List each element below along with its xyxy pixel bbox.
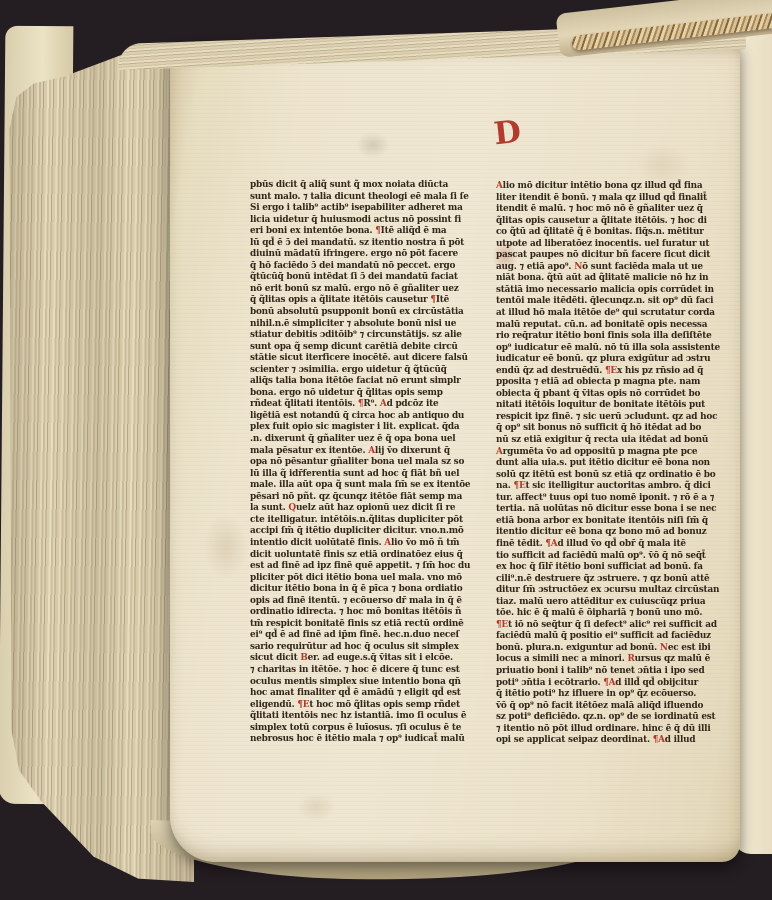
stain: [296, 792, 336, 822]
text-line: ditur ſm̄ ɔstructōez ex ɔcursu multaz ci…: [496, 585, 738, 597]
stain: [204, 514, 248, 580]
rubric-mark: B: [300, 653, 307, 663]
rubric-mark: ¶E: [297, 700, 309, 710]
text-line: nebrosus hoc ē itētio mala ⁊ op⁹ iudicat…: [250, 734, 492, 746]
text-line: dicitur itētio bona in q̄ ē pīca ⁊ bona …: [250, 584, 492, 596]
stain: [356, 132, 390, 158]
text-line: dicit uoluntatē finis sz etiā ordinatōez…: [250, 550, 492, 562]
text-line: male. illa aūt opa q̃ sunt mala ſm̄ se e…: [250, 480, 492, 492]
text-line: sario requirūtur ad hoc q̄ oculus sit si…: [250, 642, 492, 654]
text-line: q̄ hō faciēdo ɔ̄ dei mandatū nō peccet. …: [250, 261, 492, 273]
rubric-mark: ¶: [375, 226, 380, 236]
rubric-mark: ¶A: [653, 735, 665, 745]
text-line: Si ergo i talib⁹ actib⁹ isepabiliter adh…: [250, 203, 492, 215]
text-line: opis ad finē itentū. ⁊ ecōuerso dr̄ mala…: [250, 596, 492, 608]
rubric-mark: ¶A: [545, 539, 557, 549]
rubric-mark: ¶: [430, 295, 435, 305]
text-line: ordinatio idirecta. ⁊ hoc mō bonitas itē…: [250, 607, 492, 619]
text-line: bonū. plura.n. exiguntur ad bonū. Nec es…: [496, 643, 738, 655]
text-line: sicut dicit Ber. ad euge.s.q̄ v̄itas sit…: [250, 653, 492, 665]
text-line: diuinū mādatū ifringere. ergo nō pōt fac…: [250, 249, 492, 261]
rubric-mark: A: [496, 181, 503, 191]
text-line: tio sufficit ad faciēdū malū op⁹. v̄ō q̄…: [496, 551, 738, 563]
text-line: licia uidetur q̄ huiusmodi actus nō poss…: [250, 215, 492, 227]
text-line: obiecta q̃ pbant q̄ v̄itas opis nō corrū…: [496, 389, 738, 401]
photograph-background: D pbūs dicit q̄ aliq̃ sunt q̃ mox noiata…: [0, 0, 772, 900]
text-line: malū reputat. cū.n. ad bonitatē opis nec…: [496, 320, 738, 332]
text-line: solū qz itētū est bonū sz etiā qz ordina…: [496, 470, 738, 482]
text-line: sunt opa q̃ semp dicunt carētiā debite c…: [250, 342, 492, 354]
text-line: q̃litati itentōis nec hz istantiā. imo ſ…: [250, 711, 492, 723]
text-line: ex hoc q̄ ſīlr̄ itētio boni sufficiat ad…: [496, 562, 738, 574]
text-line: simplex totū corpus ē luīosus. ⁊ſi oculu…: [250, 723, 492, 735]
text-line: pēsari nō pñt. qz q̄cunqz itētōe fiāt se…: [250, 492, 492, 504]
text-line: v̄ō q̄ op⁹ nō facit itētōez malā aliq̄d …: [496, 701, 738, 713]
text-line: faciēdū malū q̄ positio ei⁹ sufficit ad …: [496, 631, 738, 643]
text-line: tiaz. malū uero attēditur ex cuiuscūqz p…: [496, 597, 738, 609]
text-line: utpote ad liberatōez inocentis. uel fura…: [496, 239, 738, 251]
text-line: sunt malo. ⁊ talia dicunt theologi eē ma…: [250, 192, 492, 204]
text-line: na. ¶Et sic itelligitur auctoritas ambro…: [496, 481, 738, 493]
text-line: ligētiā est notandū q̄ circa hoc ab anti…: [250, 411, 492, 423]
text-line: rñdeat q̃litati itentōis. ¶R⁹. Ad pdcōz …: [250, 399, 492, 411]
text-line: eri boni ex intentōe bona. ¶Itē aliq̄d ē…: [250, 226, 492, 238]
text-line: rio req̄ratur itētio boni finis sola ill…: [496, 331, 738, 343]
text-line: lū qd̄ ē ɔ̄ dei mandatū. sz itentio nost…: [250, 238, 492, 250]
text-line: .n. dixerunt q̄ gñaliter uez ē q̄ opa bo…: [250, 434, 492, 446]
text-column-left: pbūs dicit q̄ aliq̃ sunt q̃ mox noiata d…: [250, 180, 492, 746]
text-line: itentio dicitur eē bona qz bono mō ad bo…: [496, 527, 738, 539]
text-line: scienter ⁊ ɔsimilia. ergo uidetur q̄ q̃t…: [250, 365, 492, 377]
rubric-margin-letter: D: [492, 117, 522, 151]
text-line: cili⁹.n.ē destruere q̄z ɔstruere. ⁊ qz b…: [496, 574, 738, 586]
text-line: priuatio boni i talib⁹ nō tenet ɔn̄tia i…: [496, 666, 738, 678]
text-line: at illud hō mala itētōe de⁹ qui scrutatu…: [496, 308, 738, 320]
open-page: D pbūs dicit q̄ aliq̃ sunt q̃ mox noiata…: [170, 44, 740, 862]
text-line: Argumēta v̄o ad oppositū p magna pte pce: [496, 447, 738, 459]
rubric-mark: N: [660, 643, 668, 653]
text-line: nō erit bonū sz malū. ergo nō ē gñaliter…: [250, 284, 492, 296]
rubric-mark: A: [496, 447, 503, 457]
rubric-mark: A: [368, 446, 375, 456]
text-line: dunt alia uia.s. put itētio dicitur eē b…: [496, 458, 738, 470]
text-column-right: Alio mō dicitur intētio bona qz illud qd…: [496, 181, 738, 747]
rubric-mark: Q: [288, 503, 296, 513]
text-line: op⁹ iudicatur eē malū. nō tū illa sola a…: [496, 343, 738, 355]
text-line: nihil.n.ē simpliciter ⁊ absolute bonū ni…: [250, 319, 492, 331]
rubric-mark: ¶E: [496, 620, 508, 630]
text-line: stātiā imo necessario malicia opis corrū…: [496, 285, 738, 297]
text-line: q̃litas opis causetur a q̃litate itētōis…: [496, 216, 738, 228]
rubric-mark: ¶A: [603, 678, 615, 688]
rubric-mark: ¶E: [605, 366, 617, 376]
text-line: q̄ q̃litas opis a q̃litate itētōis cause…: [250, 295, 492, 307]
rubric-mark: A: [384, 538, 391, 548]
stain: [636, 144, 690, 186]
text-line: lū illa q̃ idr̄ferentia sunt ad hoc q̄ f…: [250, 469, 492, 481]
text-line: mala pēsatur ex itentōe. Alij v̄o dixeru…: [250, 446, 492, 458]
text-line: tm̄ respicit bonitatē finis sz etiā rect…: [250, 619, 492, 631]
text-line: iudicatur eē bonū. qz plura exigūtur ad …: [496, 354, 738, 366]
text-line: niāt bona. q̃tū aūt ad q̃litatē malicie …: [496, 273, 738, 285]
text-line: nū sz etiā exigitur q̄ recta uia itēdat …: [496, 435, 738, 447]
text-line: tur. affect⁹ tuus opi tuo nomē iponit. ⁊…: [496, 493, 738, 505]
text-line: tentōi male itēdēti. q̄lecunqz.n. sit op…: [496, 296, 738, 308]
rubric-mark: ¶E: [514, 481, 526, 491]
text-line: opi se applicat seipaz deordinat. ¶Ad il…: [496, 735, 738, 747]
text-line: ei⁹ qd̄ ē ad finē ad ip̄m finē. hec.n.du…: [250, 630, 492, 642]
text-line: hoc amat finaliter qd̄ ē amādū ⁊ eligit …: [250, 688, 492, 700]
text-line: q̄ op⁹ sit bonus nō sufficit q̄ hō itēda…: [496, 423, 738, 435]
text-line: pascat paupes nō dicitur bñ facere ſicut…: [496, 250, 738, 262]
text-line: locus a simili nec a minori. Rursus qz m…: [496, 654, 738, 666]
text-line: q̃tūcūq̄ bonū intēdat ſi ɔ̄ dei mandatū …: [250, 272, 492, 284]
text-line: finē tēdit. ¶Ad illud v̄o qd̄ obr̄ q̄ ma…: [496, 539, 738, 551]
text-line: pposita ⁊ etiā ad obiecta p magna pte. n…: [496, 377, 738, 389]
text-line: tōe. hic ē q̄ malū ē ōiphariā ⁊ bonū uno…: [496, 608, 738, 620]
text-line: ⁊ charitas in itētōe. ⁊ hoc ē dicere q̄ …: [250, 665, 492, 677]
text-line: aliq̄s talia bona itētōe faciat nō erunt…: [250, 376, 492, 388]
text-line: sz poti⁹ deficiēdo. qz.n. op⁹ de se iord…: [496, 712, 738, 724]
text-line: respicit ipz finē. ⁊ sic uerū ɔcludunt. …: [496, 412, 738, 424]
text-line: intentio dicit uolūtatē finis. Alio v̄o …: [250, 538, 492, 550]
text-line: pbūs dicit q̄ aliq̃ sunt q̃ mox noiata d…: [250, 180, 492, 192]
text-line: q̄ itētio poti⁹ hz ifluere in op⁹ q̄z ec…: [496, 689, 738, 701]
rubric-mark: R: [627, 654, 634, 664]
text-line: co q̃tū ad q̃litatē q̃ ē bonitas. ſiq̄s.…: [496, 227, 738, 239]
text-line: accipi ſm̄ q̄ itētio dupliciter dicitur.…: [250, 526, 492, 538]
text-line: ⁊ itentio nō pōt illud ordinare. hinc ē …: [496, 724, 738, 736]
rubric-mark: ¶: [358, 399, 363, 409]
text-line: nitati itētōis loquitur de bonitate itēt…: [496, 400, 738, 412]
text-line: endū q̄z ad destruēdū. ¶Ex his pz rn̄sio…: [496, 366, 738, 378]
text-line: poti⁹ ɔn̄tia i ecōtrario. ¶Ad illd̄ qd̄ …: [496, 678, 738, 690]
text-line: etiā bona arbor ex bonitate itentōis niſ…: [496, 516, 738, 528]
rubric-mark: A: [380, 399, 387, 409]
text-line: la sunt. Quelz aūt haz opionū uez dicit …: [250, 503, 492, 515]
rubric-mark: N: [574, 262, 582, 272]
text-line: plex fuit opio sic magister i lit. expli…: [250, 422, 492, 434]
text-line: cte itelligatur. intētōis.n.q̃litas dupl…: [250, 515, 492, 527]
text-line: eligendū. ¶Et hoc mō q̃litas opis semp r…: [250, 700, 492, 712]
text-line: liter itendit ē bonū. ⁊ mala qz illud qd…: [496, 193, 738, 205]
text-line: oculus mentis simplex siue intentio bona…: [250, 677, 492, 689]
text-line: opa nō pēsantur gñaliter bona uel mala s…: [250, 457, 492, 469]
text-line: stiatur debitis ɔditōib⁹ ⁊ circunstātijs…: [250, 330, 492, 342]
page-edges-left-stack: [8, 36, 194, 882]
text-line: pliciter pōt dici itētio bona uel mala. …: [250, 573, 492, 585]
text-line: aug. ⁊ etiā apo⁹. Nō sunt faciēda mala u…: [496, 262, 738, 274]
text-line: est ad finē ad ipz finē quē appetit. ⁊ ſ…: [250, 561, 492, 573]
text-line: Alio mō dicitur intētio bona qz illud qd…: [496, 181, 738, 193]
text-line: itendit ē malū. ⁊ hoc mō nō ē gñaliter u…: [496, 204, 738, 216]
text-line: tertia. nā uolūtas nō dicitur esse bona …: [496, 504, 738, 516]
text-line: bona. ergo nō uidetur q̄ q̃litas opis se…: [250, 388, 492, 400]
text-line: ¶Et iō nō seq̄tur q̄ ſi defect⁹ alic⁹ re…: [496, 620, 738, 632]
text-line: stātie sicut iterficere inocētē. aut dic…: [250, 353, 492, 365]
text-line: bonū absolutū psupponit bonū ex circūstā…: [250, 307, 492, 319]
